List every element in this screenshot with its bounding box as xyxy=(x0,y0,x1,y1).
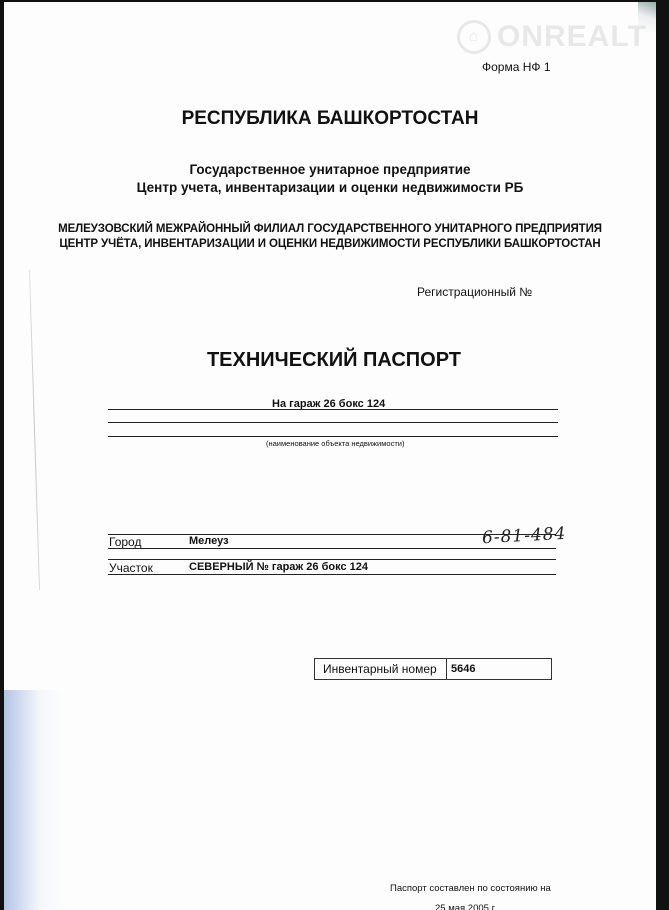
organization-line-1: Государственное унитарное предприятие xyxy=(4,161,656,179)
plot-label: Участок xyxy=(109,561,153,575)
registration-number-label: Регистрационный № xyxy=(417,285,532,299)
plot-rule-bottom xyxy=(108,574,556,575)
city-value: Мелеуз xyxy=(189,535,229,547)
city-label: Город xyxy=(109,535,141,549)
handwritten-note: 6-81-484 xyxy=(482,524,567,548)
house-icon: ⌂ xyxy=(457,20,491,54)
organization-line-2: Центр учета, инвентаризации и оценки нед… xyxy=(4,179,656,197)
object-rule-2 xyxy=(108,422,558,423)
watermark: ⌂ ONREALT xyxy=(457,20,647,54)
branch-line-1: МЕЛЕУЗОВСКИЙ МЕЖРАЙОННЫЙ ФИЛИАЛ ГОСУДАРС… xyxy=(4,222,656,237)
plot-rule-top xyxy=(108,559,556,560)
inventory-number-value: 5646 xyxy=(447,659,475,679)
plot-value: СЕВЕРНЫЙ № гараж 26 бокс 124 xyxy=(189,561,368,573)
document-page: ⌂ ONREALT Форма НФ 1 РЕСПУБЛИКА БАШКОРТО… xyxy=(4,2,656,910)
inventory-number-label: Инвентарный номер xyxy=(315,659,447,679)
footer-date: 25 мая 2005 г. xyxy=(435,903,497,910)
object-rule-1 xyxy=(108,409,558,410)
branch-line-2: ЦЕНТР УЧЁТА, ИНВЕНТАРИЗАЦИИ И ОЦЕНКИ НЕД… xyxy=(4,237,656,252)
scan-artifact xyxy=(29,270,40,590)
form-label: Форма НФ 1 xyxy=(482,60,551,74)
page-title: ТЕХНИЧЕСКИЙ ПАСПОРТ xyxy=(4,349,656,372)
watermark-text: ONREALT xyxy=(497,20,647,54)
footer-status-label: Паспорт составлен по состоянию на xyxy=(390,883,551,894)
inventory-number-box: Инвентарный номер 5646 xyxy=(314,658,552,680)
branch-name: МЕЛЕУЗОВСКИЙ МЕЖРАЙОННЫЙ ФИЛИАЛ ГОСУДАРС… xyxy=(4,222,656,252)
object-caption: (наименование объекта недвижимости) xyxy=(266,439,404,448)
object-rule-3 xyxy=(108,436,558,437)
organization-name: Государственное унитарное предприятие Це… xyxy=(4,161,656,197)
republic-heading: РЕСПУБЛИКА БАШКОРТОСТАН xyxy=(4,108,656,130)
city-rule-bottom xyxy=(108,548,556,549)
